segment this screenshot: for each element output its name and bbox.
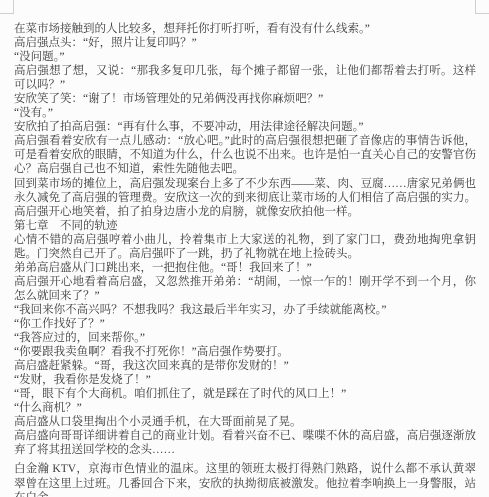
paragraph: 心情不错的高启强哼着小曲儿，拎着集市上大家送的礼物，到了家门口，费劲地掏兜拿钥匙…: [14, 233, 476, 261]
document-page: 在菜市场接触到的人比较多，想拜托你打听打听，看有没有什么线索。”高启强点头：“好…: [0, 0, 489, 497]
paragraph: “你工作找好了？”: [14, 317, 476, 331]
paragraph: 高启强开心地看着高启盛，又忽然推开弟弟：“胡闹，一惊一乍的！刚开学不到一个月，你…: [14, 275, 476, 303]
paragraph: 高启盛向哥哥详细讲着自己的商业计划。看着兴奋不已、喋喋不休的高启盛，高启强逐渐放…: [14, 429, 476, 457]
paragraph: 高启强看着安欣有一点儿感动：“放心吧。”此时的高启强很想把砸了音像店的事情告诉他…: [14, 134, 476, 176]
paragraph: “你要跟我卖鱼啊？看我不打死你！”高启强作势要打。: [14, 345, 476, 359]
text-body: 在菜市场接触到的人比较多，想拜托你打听打听，看有没有什么线索。”高启强点头：“好…: [14, 22, 476, 497]
paragraph: 弟弟高启盛从门口跳出来，一把抱住他。“哥！我回来了！”: [14, 261, 476, 275]
paragraph: 白金瀚 KTV，京海市色情业的温床。这里的领班太极打得熟门熟路，说什么都不承认黄…: [14, 462, 476, 497]
paragraph: “没问题。”: [14, 50, 476, 64]
paragraph: “哥，眼下有个大商机。咱们抓住了，就是踩在了时代的风口上！”: [14, 387, 476, 401]
paragraph: 在菜市场接触到的人比较多，想拜托你打听打听，看有没有什么线索。”: [14, 22, 476, 36]
paragraph: “发财，我看你是发烧了！”: [14, 373, 476, 387]
paragraph: 安欣笑了笑：“谢了！市场管理处的兄弟俩没再找你麻烦吧？”: [14, 92, 476, 106]
paragraph: “我回来你不高兴吗？不想我吗？我这最后半年实习，办了手续就能离校。”: [14, 303, 476, 317]
paragraph: “没有。”: [14, 106, 476, 120]
paragraph: 高启盛赶紧躲。“哥，我这次回来真的是带你发财的！”: [14, 359, 476, 373]
paragraph: 高启强点头：“好，照片让复印吗？”: [14, 36, 476, 50]
chapter-heading: 第七章 不同的轨迹: [14, 219, 476, 233]
paragraph: 安欣拍了拍高启强：“再有什么事，不要冲动，用法律途径解决问题。”: [14, 120, 476, 134]
paragraph: “什么商机？”: [14, 401, 476, 415]
page-margin-mark-top-left: [0, 0, 14, 14]
paragraph: 高启盛从口袋里掏出个小灵通手机，在大哥面前晃了晃。: [14, 415, 476, 429]
paragraph: “我答应过的，回来帮你。”: [14, 331, 476, 345]
page-margin-mark-top-right: [475, 0, 489, 14]
paragraph: 回到菜市场的摊位上，高启强发现案台上多了不少东西——菜、肉、豆腐……唐家兄弟俩也…: [14, 177, 476, 219]
paragraph: 高启强想了想，又说：“那我多复印几张，每个摊子都留一张，让他们都帮着去打听。这样…: [14, 64, 476, 92]
